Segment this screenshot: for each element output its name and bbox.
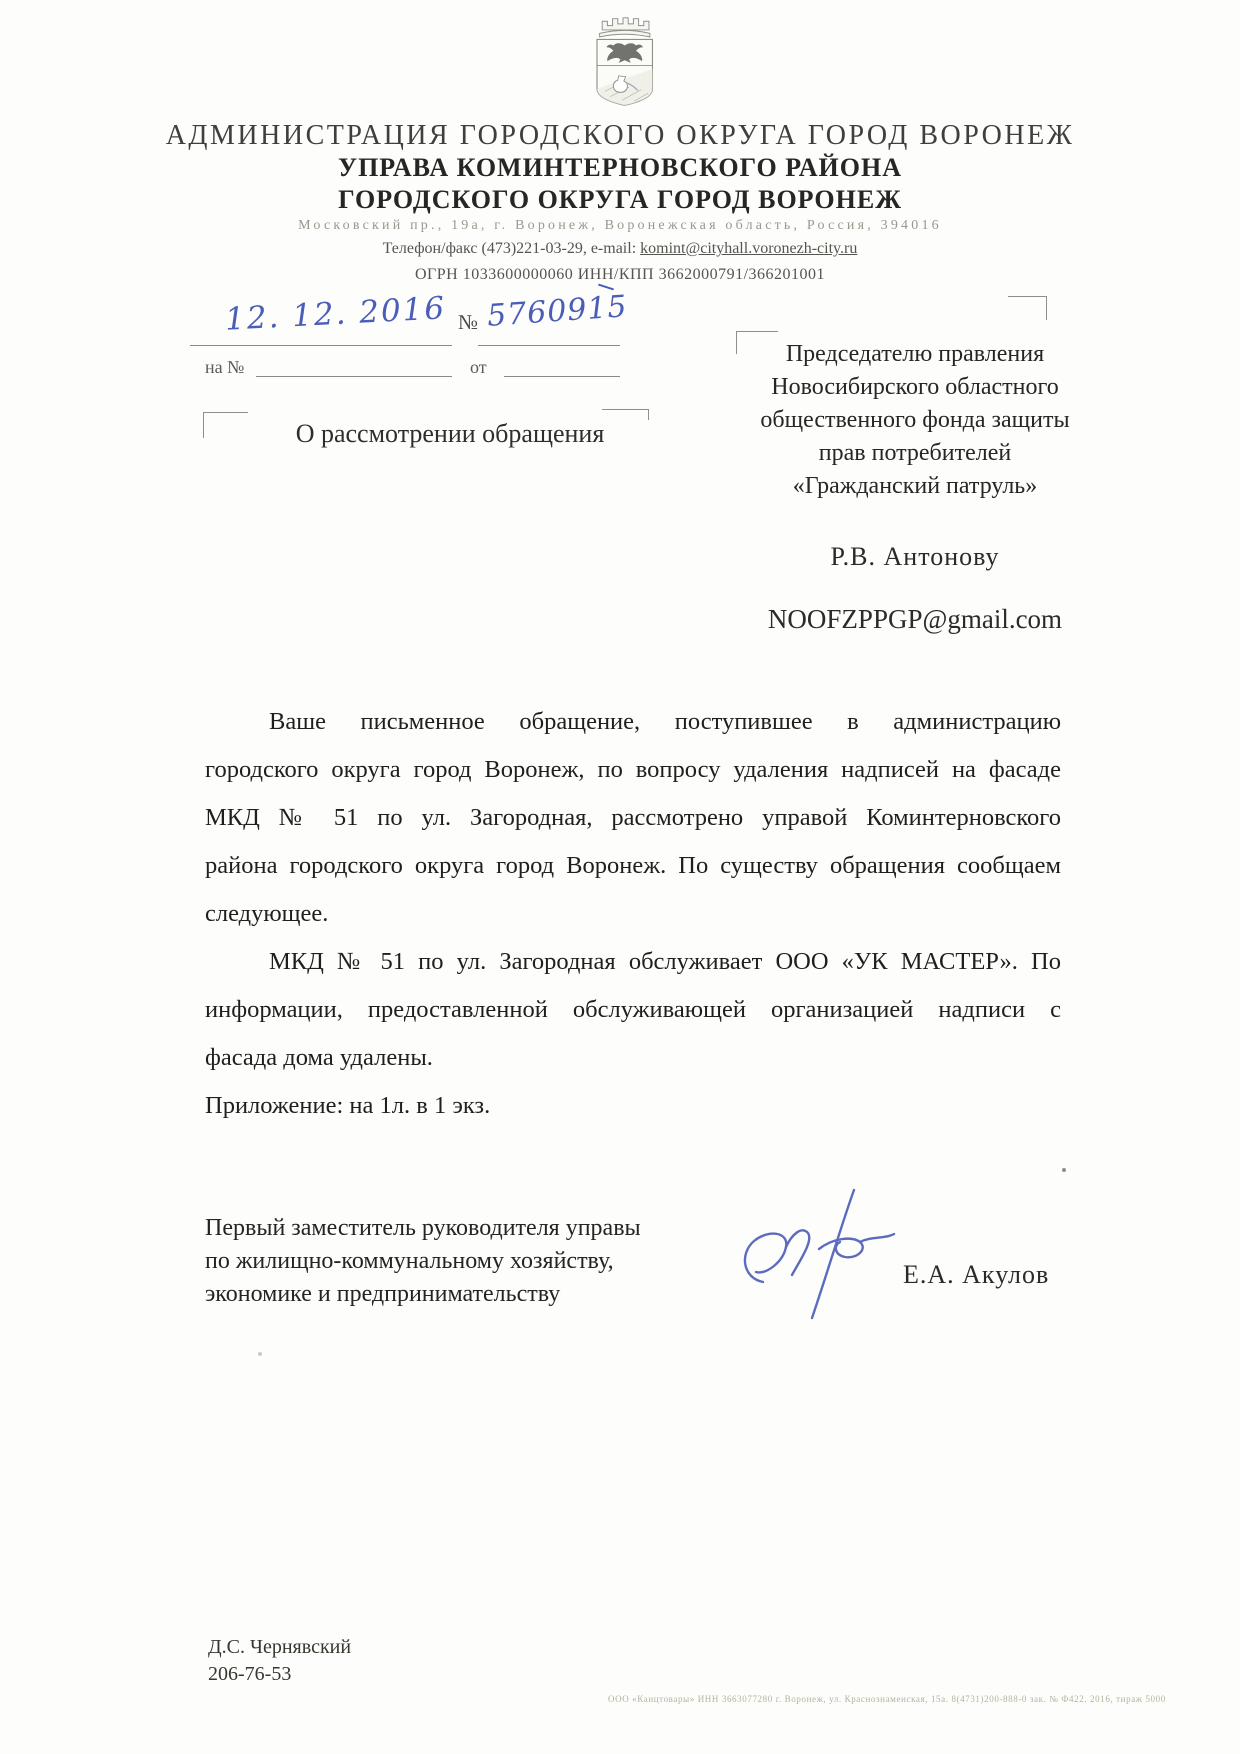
handwritten-date: 12. 12. 2016 [224, 290, 447, 338]
recipient-line: прав потребителей [700, 437, 1130, 470]
letter-body: Ваше письменное обращение, поступившее в… [205, 698, 1061, 1130]
scanned-letter-page: АДМИНИСТРАЦИЯ ГОРОДСКОГО ОКРУГА ГОРОД ВО… [0, 0, 1240, 1754]
corner-mark-top-right [1008, 296, 1047, 320]
body-line: следующее. [205, 890, 1061, 938]
scan-speck [258, 1352, 262, 1356]
reply-number-line [256, 376, 452, 377]
recipient-line: «Гражданский патруль» [700, 470, 1130, 503]
org-name-line3: ГОРОДСКОГО ОКРУГА ГОРОД ВОРОНЕЖ [0, 185, 1240, 215]
body-line: МКД № 51 по ул. Загородная обслуживает О… [205, 938, 1061, 986]
executor-name: Д.С. Чернявский [208, 1636, 351, 1659]
body-line: района городского округа город Воронеж. … [205, 842, 1061, 890]
attachment-line: Приложение: на 1л. в 1 экз. [205, 1082, 1061, 1130]
org-name-line1: АДМИНИСТРАЦИЯ ГОРОДСКОГО ОКРУГА ГОРОД ВО… [0, 120, 1240, 152]
number-sign: № [458, 310, 478, 335]
handwritten-signature-icon [733, 1182, 918, 1332]
phone-label: Телефон/факс (473)221-03-29, e-mail: [383, 240, 641, 257]
org-contacts: Телефон/факс (473)221-03-29, e-mail: kom… [0, 240, 1240, 258]
ink-speck [1062, 1168, 1066, 1172]
recipient-line: Председателю правления [700, 338, 1130, 371]
signer-name: Е.А. Акулов [903, 1260, 1049, 1290]
recipient-name: Р.В. Антонову [700, 542, 1130, 572]
reply-from-label: от [470, 357, 487, 378]
org-name-line2: УПРАВА КОМИНТЕРНОВСКОГО РАЙОНА [0, 153, 1240, 183]
recipient-email: NOOFZPPGP@gmail.com [690, 604, 1140, 635]
print-shop-imprint: ООО «Канцтовары» ИНН 3663077280 г. Ворон… [608, 1694, 1188, 1704]
pen-stroke [598, 284, 614, 291]
signer-title: Первый заместитель руководителя управы п… [205, 1212, 765, 1311]
signer-title-line: по жилищно-коммунальному хозяйству, [205, 1245, 765, 1278]
org-registration-numbers: ОГРН 1033600000060 ИНН/КПП 3662000791/36… [0, 266, 1240, 284]
recipient-line: Новосибирского областного [700, 371, 1130, 404]
signer-title-line: экономике и предпринимательству [205, 1278, 765, 1311]
handwritten-outgoing-number: 5760915 [486, 289, 629, 334]
body-line: городского округа город Воронеж, по вопр… [205, 746, 1061, 794]
body-line: фасада дома удалены. [205, 1034, 1061, 1082]
executor-phone: 206-76-53 [208, 1663, 291, 1686]
reply-to-label: на № [205, 357, 244, 378]
org-address: Московский пр., 19а, г. Воронеж, Воронеж… [0, 218, 1240, 234]
recipient-block: Председателю правления Новосибирского об… [700, 338, 1130, 503]
recipient-line: общественного фонда защиты [700, 404, 1130, 437]
reply-date-line [504, 376, 620, 377]
number-line [478, 345, 620, 346]
org-email: komint@cityhall.voronezh-city.ru [640, 240, 857, 257]
signer-title-line: Первый заместитель руководителя управы [205, 1212, 765, 1245]
body-line: информации, предоставленной обслуживающе… [205, 986, 1061, 1034]
body-line: Ваше письменное обращение, поступившее в… [205, 698, 1061, 746]
date-line [190, 345, 452, 346]
subject-line: О рассмотрении обращения [230, 419, 670, 449]
body-line: МКД № 51 по ул. Загородная, рассмотрено … [205, 794, 1061, 842]
coat-of-arms-icon [584, 12, 662, 112]
